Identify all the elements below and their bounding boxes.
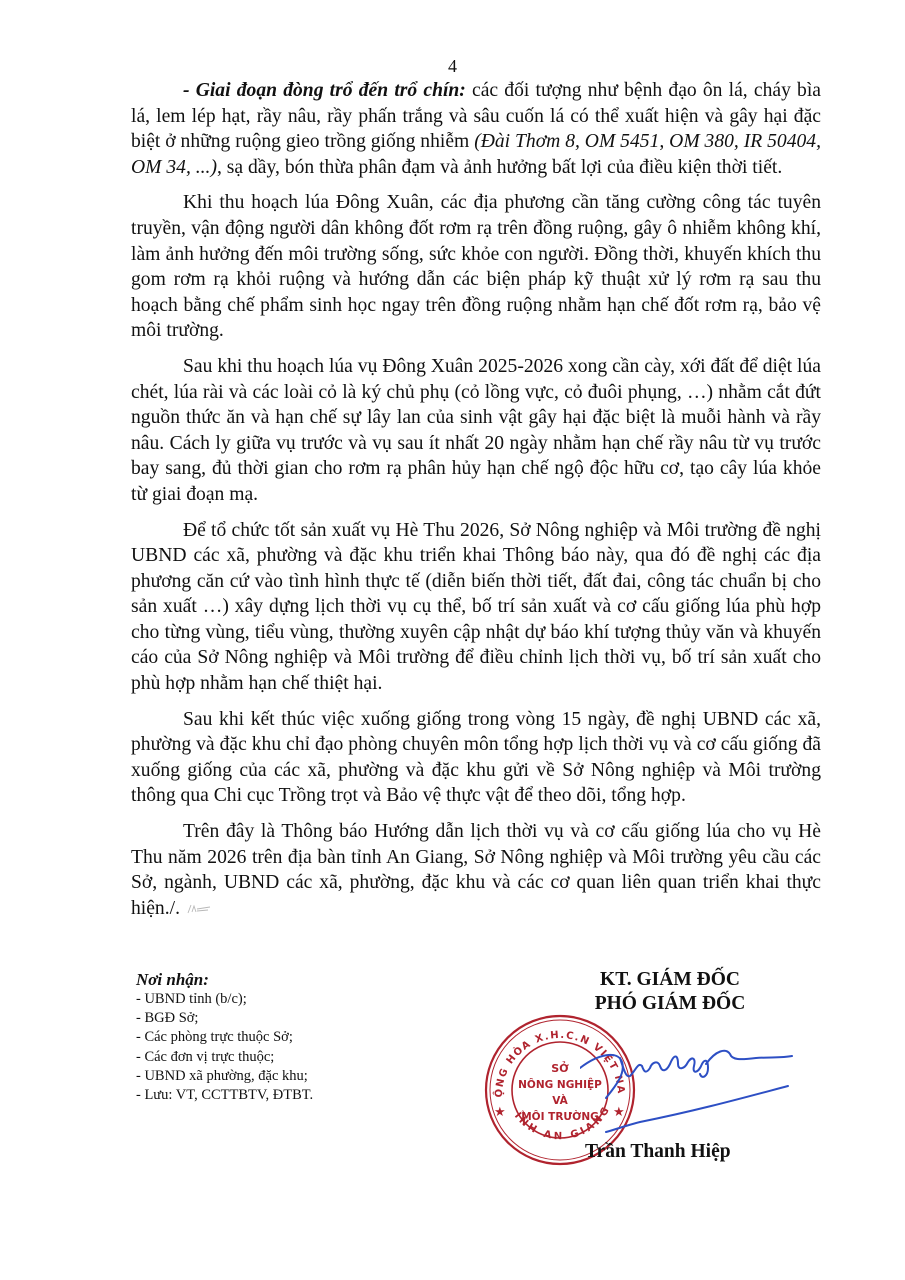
paragraph-reporting: Sau khi kết thúc việc xuống giống trong … [131,707,821,809]
paragraph-post-harvest: Sau khi thu hoạch lúa vụ Đông Xuân 2025-… [131,354,821,508]
recipients-list: - UBND tỉnh (b/c); - BGĐ Sở; - Các phòng… [136,990,313,1105]
recipient-item: - Lưu: VT, CCTTBTV, ĐTBT. [136,1086,313,1105]
recipient-item: - BGĐ Sở; [136,1009,313,1028]
signature-title-block: KT. GIÁM ĐỐC PHÓ GIÁM ĐỐC [555,968,785,1016]
recipients-block: Nơi nhận: - UBND tỉnh (b/c); - BGĐ Sở; -… [136,970,313,1105]
seal-star-left-icon: ★ [494,1105,506,1120]
recipients-title: Nơi nhận: [136,970,313,990]
conclusion-text: Trên đây là Thông báo Hướng dẫn lịch thờ… [131,821,821,919]
recipient-item: - UBND tỉnh (b/c); [136,990,313,1009]
stage-heading: - Giai đoạn đòng trổ đến trổ chín: [183,80,466,101]
paragraph-organization: Để tổ chức tốt sản xuất vụ Hè Thu 2026, … [131,518,821,697]
page-number: 4 [0,56,905,77]
paragraph-stage-heading: - Giai đoạn đòng trổ đến trổ chín: các đ… [131,78,821,180]
paragraph-harvest-burning: Khi thu hoạch lúa Đông Xuân, các địa phư… [131,190,821,344]
seal-inner-line1: SỞ [551,1061,569,1075]
handwritten-signature-icon [580,1040,795,1135]
recipient-item: - Các phòng trực thuộc Sở; [136,1028,313,1047]
recipient-item: - Các đơn vị trực thuộc; [136,1048,313,1067]
seal-inner-line3: VÀ [552,1094,568,1107]
stage-text-after: , sạ dầy, bón thừa phân đạm và ảnh hưởng… [217,157,782,178]
document-body: - Giai đoạn đòng trổ đến trổ chín: các đ… [131,78,821,931]
recipient-item: - UBND xã phường, đặc khu; [136,1067,313,1086]
signature-title-line1: KT. GIÁM ĐỐC [555,968,785,992]
paragraph-conclusion: Trên đây là Thông báo Hướng dẫn lịch thờ… [131,819,821,921]
signer-name: Trần Thanh Hiệp [585,1140,731,1164]
initials-mark-icon [186,903,212,915]
